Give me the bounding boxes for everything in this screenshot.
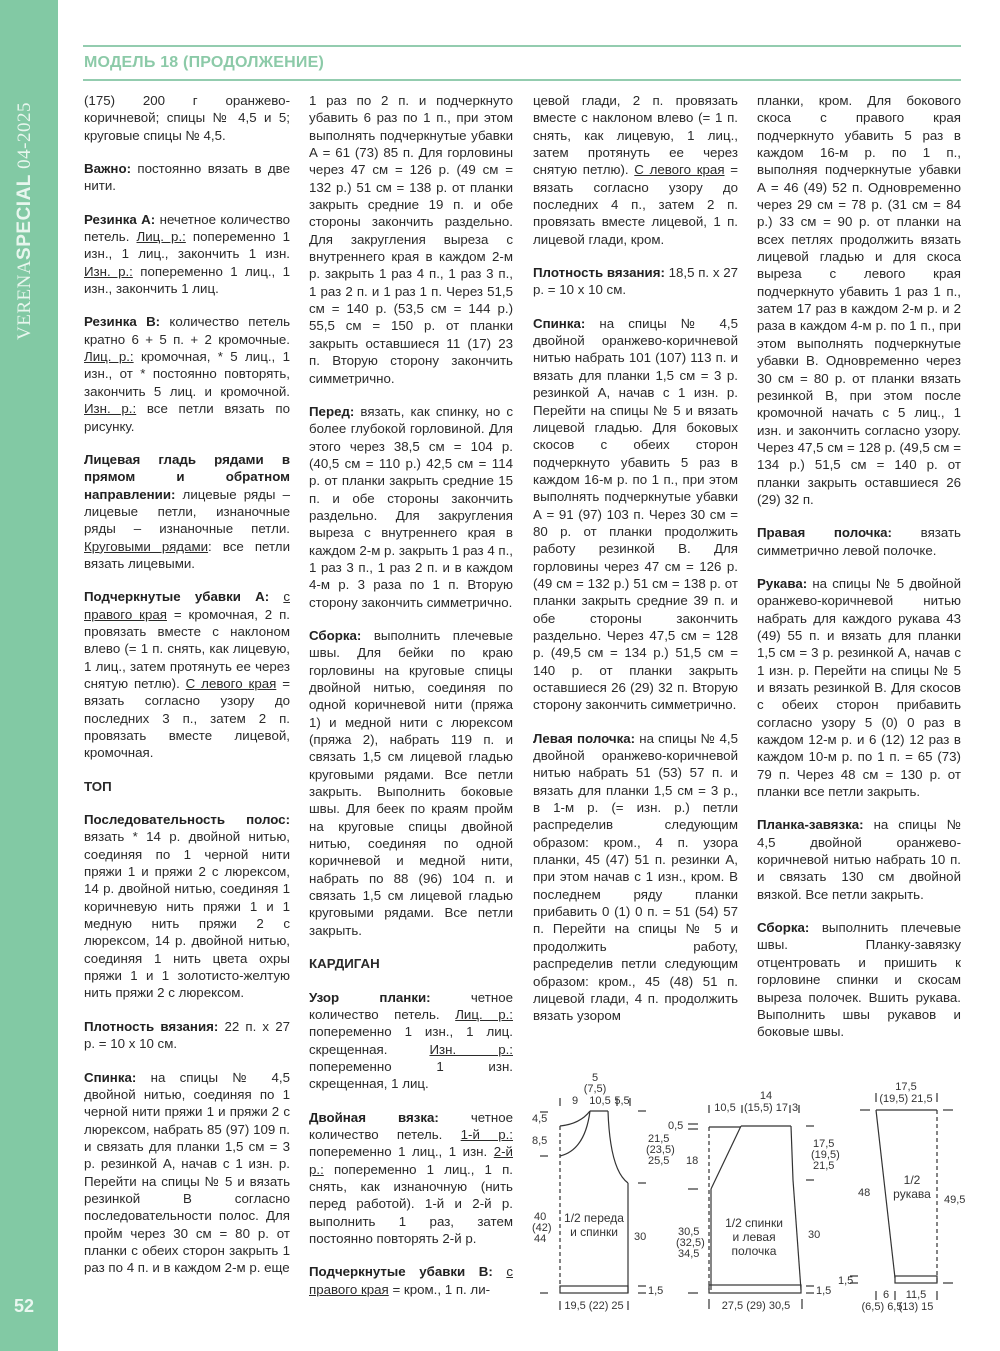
svg-text:25,5: 25,5	[648, 1155, 669, 1167]
page-number: 52	[14, 1296, 34, 1317]
svg-text:11,5: 11,5	[906, 1289, 927, 1301]
svg-text:(7,5): (7,5)	[584, 1083, 607, 1095]
svg-text:18: 18	[686, 1155, 698, 1167]
stockinette-paragraph: Лицевая гладь рядами в прямом и обратном…	[84, 451, 290, 572]
svg-text:и левая: и левая	[732, 1230, 775, 1244]
svg-text:1,5: 1,5	[816, 1285, 831, 1297]
text-column-1: (175) 200 г оранжево-коричневой; спицы №…	[84, 92, 290, 1293]
materials-paragraph: (175) 200 г оранжево-коричневой; спицы №…	[84, 92, 290, 144]
svg-text:6: 6	[883, 1289, 889, 1301]
svg-text:4,5: 4,5	[532, 1113, 547, 1125]
sidebar: VERENASPECIAL 04-2025 52	[0, 0, 58, 1351]
decrease-a-paragraph: Подчеркнутые убавки А: с правого края = …	[84, 588, 290, 761]
decrease-b-paragraph: Подчеркнутые убавки В: с правого края = …	[309, 1263, 513, 1298]
schematic-sleeve-drawing: 17,5 (19,5) 21,5 48 1/2 рукава 49,5 1,5 …	[838, 1078, 1000, 1318]
back-paragraph: Спинка: на спицы № 4,5 двойной нитью, со…	[84, 1069, 290, 1277]
svg-text:34,5: 34,5	[678, 1248, 699, 1260]
svg-text:5,5: 5,5	[614, 1095, 629, 1107]
svg-text:49,5: 49,5	[944, 1194, 965, 1206]
svg-text:10,5: 10,5	[589, 1095, 610, 1107]
tie-band-paragraph: Планка-завязка: на спицы № 4,5 двойной о…	[757, 816, 961, 903]
decrease-b-continued-paragraph: цевой глади, 2 п. провязать вместе с нак…	[533, 92, 738, 248]
svg-text:10,5: 10,5	[714, 1102, 735, 1114]
svg-text:0,5: 0,5	[668, 1120, 683, 1132]
svg-text:17,5: 17,5	[895, 1081, 916, 1093]
svg-text:30: 30	[808, 1229, 820, 1241]
assembly-top-paragraph: Сборка: выполнить плечевые швы. Для бейк…	[309, 627, 513, 939]
section-heading-top: ТОП	[84, 778, 290, 795]
schematic-sleeve: 17,5 (19,5) 21,5 48 1/2 рукава 49,5 1,5 …	[838, 1078, 1000, 1323]
svg-text:3: 3	[792, 1102, 798, 1114]
svg-text:(19,5) 21,5: (19,5) 21,5	[879, 1093, 932, 1105]
text-column-2: 1 раз по 2 п. и подчеркнуто убавить 6 ра…	[309, 92, 513, 1314]
text-column-4: планки, кром. Для бокового скоса с право…	[757, 92, 961, 1057]
magazine-name: VERENA	[14, 260, 35, 340]
left-front-continued-paragraph: планки, кром. Для бокового скоса с право…	[757, 92, 961, 508]
header-rule-bottom	[83, 79, 961, 81]
front-paragraph: Перед: вязать, как спинку, но с более гл…	[309, 403, 513, 611]
left-front-paragraph: Левая полочка: на спицы № 4,5 двойной ор…	[533, 730, 738, 1025]
double-knit-paragraph: Двойная вязка: четное количество петель.…	[309, 1109, 513, 1248]
section-heading-cardigan: КАРДИГАН	[309, 955, 513, 972]
svg-text:1,5: 1,5	[648, 1285, 663, 1297]
band-pattern-paragraph: Узор планки: четное количество петель. Л…	[309, 989, 513, 1093]
svg-text:21,5: 21,5	[813, 1160, 834, 1172]
issue-number: 04-2025	[14, 102, 35, 169]
schematic-top-drawing: 5 (7,5) 10,5 9 5,5 4,5 8,5 21,5 (23,5) 2…	[530, 1070, 670, 1320]
svg-text:27,5 (29) 30,5: 27,5 (29) 30,5	[722, 1300, 791, 1312]
svg-text:19,5 (22) 25: 19,5 (22) 25	[564, 1300, 623, 1312]
schematic-cardigan-body: 0,5 10,5 14 (15,5) 17 3 18 17,5 (19,5) 2…	[668, 1085, 838, 1315]
gauge-paragraph: Плотность вязания: 22 п. х 27 р. = 10 х …	[84, 1018, 290, 1053]
svg-text:9: 9	[572, 1095, 578, 1107]
svg-text:8,5: 8,5	[532, 1135, 547, 1147]
svg-text:рукава: рукава	[893, 1187, 931, 1201]
svg-text:1/2 переда: 1/2 переда	[564, 1211, 624, 1225]
magazine-title: VERENASPECIAL 04-2025	[14, 102, 36, 340]
svg-text:и спинки: и спинки	[570, 1225, 618, 1239]
svg-text:1/2 спинки: 1/2 спинки	[725, 1216, 783, 1230]
svg-text:30: 30	[634, 1231, 646, 1243]
schematic-top: 5 (7,5) 10,5 9 5,5 4,5 8,5 21,5 (23,5) 2…	[530, 1070, 670, 1325]
svg-text:(6,5) 6,5: (6,5) 6,5	[862, 1301, 903, 1313]
right-front-paragraph: Правая полочка: вязать симметрично левой…	[757, 524, 961, 559]
svg-text:(13) 15: (13) 15	[899, 1301, 934, 1313]
sleeves-paragraph: Рукава: на спицы № 5 двойной оранжево-ко…	[757, 575, 961, 800]
assembly-cardigan-paragraph: Сборка: выполнить плечевые швы. Планку-з…	[757, 919, 961, 1040]
svg-text:(15,5) 17: (15,5) 17	[744, 1102, 788, 1114]
magazine-special: SPECIAL	[14, 174, 35, 260]
schematic-cardigan-body-drawing: 0,5 10,5 14 (15,5) 17 3 18 17,5 (19,5) 2…	[668, 1085, 838, 1310]
header-rule-top	[83, 45, 961, 47]
gauge-cardigan-paragraph: Плотность вязания: 18,5 п. х 27 р. = 10 …	[533, 264, 738, 299]
svg-text:1,5: 1,5	[838, 1275, 853, 1287]
rib-b-paragraph: Резинка В: количество петель кратно 6 + …	[84, 313, 290, 434]
svg-text:полочка: полочка	[732, 1244, 777, 1258]
important-paragraph: Важно: постоянно вязать в две нити.	[84, 160, 290, 195]
svg-text:1/2: 1/2	[904, 1173, 921, 1187]
svg-text:14: 14	[760, 1090, 772, 1102]
back-cardigan-paragraph: Спинка: на спицы № 4,5 двойной оранжево-…	[533, 315, 738, 714]
svg-text:44: 44	[534, 1233, 546, 1245]
rib-a-paragraph: Резинка А: нечетное количество петель. Л…	[84, 211, 290, 298]
text-column-3: цевой глади, 2 п. провязать вместе с нак…	[533, 92, 738, 1041]
stripes-paragraph: Последовательность полос: вязать * 14 р.…	[84, 811, 290, 1002]
page-title: МОДЕЛЬ 18 (ПРОДОЛЖЕНИЕ)	[84, 54, 324, 72]
svg-text:48: 48	[858, 1187, 870, 1199]
back-continued-paragraph: 1 раз по 2 п. и подчеркнуто убавить 6 ра…	[309, 92, 513, 387]
